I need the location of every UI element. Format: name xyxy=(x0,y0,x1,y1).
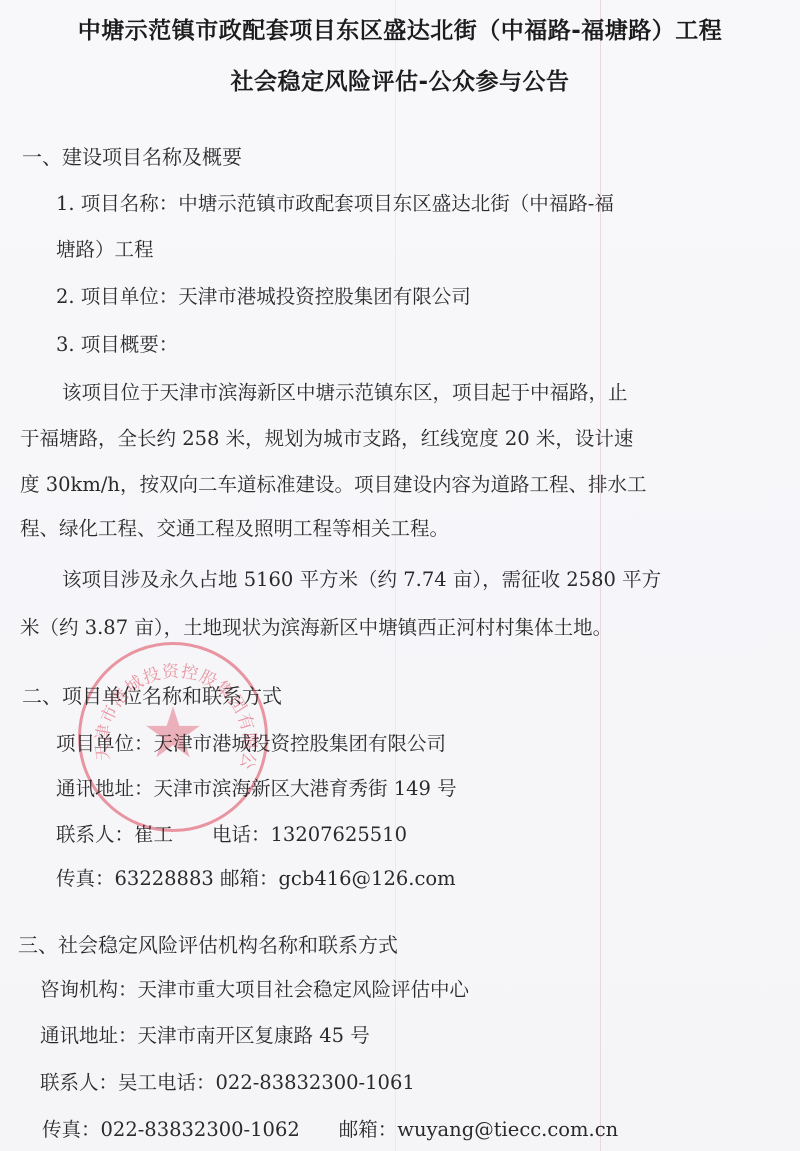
overview-paragraph-line: 于福塘路，全长约 258 米，规划为城市支路，红线宽度 20 米，设计速 xyxy=(20,423,633,451)
unit-name: 项目单位：天津市港城投资控股集团有限公司 xyxy=(56,728,446,756)
unit-fax-email: 传真：63228883 邮箱：gcb416@126.com xyxy=(56,863,456,891)
section-2-heading: 二、项目单位名称和联系方式 xyxy=(22,680,282,709)
project-unit: 2. 项目单位：天津市港城投资控股集团有限公司 xyxy=(56,281,471,309)
agency-fax-email: 传真：022-83832300-1062 邮箱：wuyang@tiecc.com… xyxy=(42,1114,618,1142)
overview-paragraph-line: 程、绿化工程、交通工程及照明工程等相关工程。 xyxy=(20,513,449,541)
document-title-line-2: 社会稳定风险评估-公众参与公告 xyxy=(0,63,800,96)
unit-address: 通讯地址：天津市滨海新区大港育秀街 149 号 xyxy=(56,773,457,801)
overview-paragraph-line: 度 30km/h，按双向二车道标准建设。项目建设内容为道路工程、排水工 xyxy=(20,469,646,497)
project-name-line-2: 塘路）工程 xyxy=(56,234,154,262)
project-name-line-1: 1. 项目名称：中塘示范镇市政配套项目东区盛达北街（中福路-福 xyxy=(56,188,614,216)
document-page: 中塘示范镇市政配套项目东区盛达北街（中福路-福塘路）工程 社会稳定风险评估-公众… xyxy=(0,0,800,1151)
section-3-heading: 三、社会稳定风险评估机构名称和联系方式 xyxy=(18,929,398,958)
agency-name: 咨询机构：天津市重大项目社会稳定风险评估中心 xyxy=(40,974,469,1002)
agency-address: 通讯地址：天津市南开区复康路 45 号 xyxy=(40,1020,370,1048)
unit-contact-phone: 联系人：崔工 电话：13207625510 xyxy=(56,819,407,847)
agency-contact-phone: 联系人：吴工电话：022-83832300-1061 xyxy=(40,1067,415,1095)
overview-paragraph-line: 该项目位于天津市滨海新区中塘示范镇东区，项目起于中福路，止 xyxy=(62,377,628,405)
land-paragraph-line: 米（约 3.87 亩），土地现状为滨海新区中塘镇西正河村村集体土地。 xyxy=(20,612,612,640)
document-title-line-1: 中塘示范镇市政配套项目东区盛达北街（中福路-福塘路）工程 xyxy=(0,12,800,45)
section-1-heading: 一、建设项目名称及概要 xyxy=(22,141,242,170)
land-paragraph-line: 该项目涉及永久占地 5160 平方米（约 7.74 亩），需征收 2580 平方 xyxy=(62,564,661,592)
project-overview-label: 3. 项目概要： xyxy=(56,329,178,357)
